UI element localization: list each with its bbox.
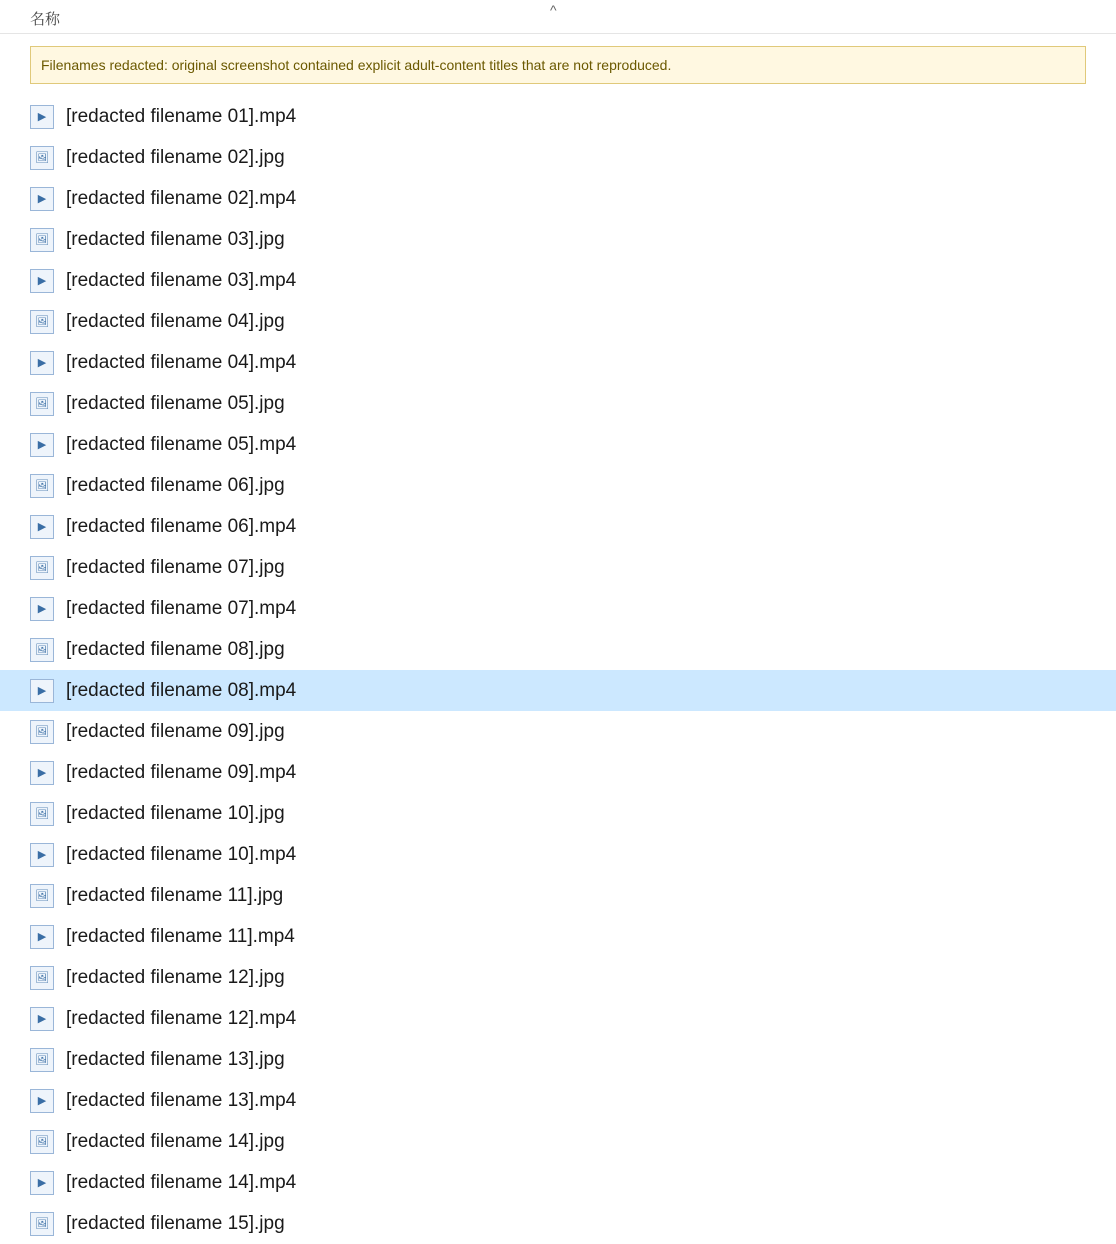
file-name-label: [redacted filename 04].mp4	[66, 352, 296, 374]
file-row[interactable]: ▶[redacted filename 06].mp4	[0, 506, 1116, 547]
video-file-icon: ▶	[30, 1089, 54, 1113]
file-name-label: [redacted filename 08].mp4	[66, 680, 296, 702]
file-row[interactable]: ▶[redacted filename 02].mp4	[0, 178, 1116, 219]
file-row[interactable]: 🖼[redacted filename 10].jpg	[0, 793, 1116, 834]
image-file-icon: 🖼	[30, 1130, 54, 1154]
file-row[interactable]: 🖼[redacted filename 15].jpg	[0, 1203, 1116, 1244]
image-file-icon: 🖼	[30, 802, 54, 826]
image-file-icon: 🖼	[30, 228, 54, 252]
image-file-icon: 🖼	[30, 638, 54, 662]
file-name-label: [redacted filename 13].mp4	[66, 1090, 296, 1112]
file-name-label: [redacted filename 13].jpg	[66, 1049, 285, 1071]
image-file-icon: 🖼	[30, 392, 54, 416]
video-file-icon: ▶	[30, 351, 54, 375]
video-file-icon: ▶	[30, 515, 54, 539]
file-name-label: [redacted filename 03].jpg	[66, 229, 285, 251]
file-row[interactable]: 🖼[redacted filename 06].jpg	[0, 465, 1116, 506]
file-row[interactable]: 🖼[redacted filename 03].jpg	[0, 219, 1116, 260]
file-name-label: [redacted filename 06].jpg	[66, 475, 285, 497]
file-row[interactable]: 🖼[redacted filename 09].jpg	[0, 711, 1116, 752]
image-file-icon: 🖼	[30, 310, 54, 334]
image-file-icon: 🖼	[30, 1048, 54, 1072]
file-row[interactable]: ▶[redacted filename 05].mp4	[0, 424, 1116, 465]
video-file-icon: ▶	[30, 761, 54, 785]
file-name-label: [redacted filename 15].jpg	[66, 1213, 285, 1235]
file-row[interactable]: 🖼[redacted filename 14].jpg	[0, 1121, 1116, 1162]
file-name-label: [redacted filename 10].jpg	[66, 803, 285, 825]
file-row[interactable]: ▶[redacted filename 04].mp4	[0, 342, 1116, 383]
video-file-icon: ▶	[30, 843, 54, 867]
file-row[interactable]: ▶[redacted filename 11].mp4	[0, 916, 1116, 957]
video-file-icon: ▶	[30, 269, 54, 293]
file-name-label: [redacted filename 14].mp4	[66, 1172, 296, 1194]
file-name-label: [redacted filename 07].jpg	[66, 557, 285, 579]
file-row[interactable]: 🖼[redacted filename 12].jpg	[0, 957, 1116, 998]
file-row[interactable]: ▶[redacted filename 10].mp4	[0, 834, 1116, 875]
file-row[interactable]: ▶[redacted filename 01].mp4	[0, 96, 1116, 137]
file-row[interactable]: ▶[redacted filename 08].mp4	[0, 670, 1116, 711]
video-file-icon: ▶	[30, 597, 54, 621]
file-name-label: [redacted filename 06].mp4	[66, 516, 296, 538]
file-row[interactable]: ▶[redacted filename 07].mp4	[0, 588, 1116, 629]
file-row[interactable]: 🖼[redacted filename 07].jpg	[0, 547, 1116, 588]
file-row[interactable]: ▶[redacted filename 14].mp4	[0, 1162, 1116, 1203]
video-file-icon: ▶	[30, 1007, 54, 1031]
image-file-icon: 🖼	[30, 966, 54, 990]
image-file-icon: 🖼	[30, 556, 54, 580]
file-row[interactable]: 🖼[redacted filename 04].jpg	[0, 301, 1116, 342]
file-row[interactable]: 🖼[redacted filename 13].jpg	[0, 1039, 1116, 1080]
column-header-name[interactable]: 名称	[0, 0, 1116, 34]
video-file-icon: ▶	[30, 105, 54, 129]
file-row[interactable]: ▶[redacted filename 09].mp4	[0, 752, 1116, 793]
file-name-label: [redacted filename 07].mp4	[66, 598, 296, 620]
image-file-icon: 🖼	[30, 884, 54, 908]
video-file-icon: ▶	[30, 187, 54, 211]
file-name-label: [redacted filename 11].mp4	[66, 926, 295, 948]
file-name-label: [redacted filename 12].mp4	[66, 1008, 296, 1030]
file-name-label: [redacted filename 09].jpg	[66, 721, 285, 743]
file-row[interactable]: 🖼[redacted filename 02].jpg	[0, 137, 1116, 178]
redaction-notice: Filenames redacted: original screenshot …	[30, 46, 1086, 84]
image-file-icon: 🖼	[30, 474, 54, 498]
file-name-label: [redacted filename 03].mp4	[66, 270, 296, 292]
file-name-label: [redacted filename 10].mp4	[66, 844, 296, 866]
video-file-icon: ▶	[30, 433, 54, 457]
file-name-label: [redacted filename 08].jpg	[66, 639, 285, 661]
video-file-icon: ▶	[30, 925, 54, 949]
file-name-label: [redacted filename 05].mp4	[66, 434, 296, 456]
image-file-icon: 🖼	[30, 146, 54, 170]
file-row[interactable]: ▶[redacted filename 12].mp4	[0, 998, 1116, 1039]
file-row[interactable]: ▶[redacted filename 13].mp4	[0, 1080, 1116, 1121]
file-name-label: [redacted filename 02].jpg	[66, 147, 285, 169]
video-file-icon: ▶	[30, 1171, 54, 1195]
file-name-label: [redacted filename 04].jpg	[66, 311, 285, 333]
image-file-icon: 🖼	[30, 720, 54, 744]
file-row[interactable]: 🖼[redacted filename 05].jpg	[0, 383, 1116, 424]
file-name-label: [redacted filename 02].mp4	[66, 188, 296, 210]
image-file-icon: 🖼	[30, 1212, 54, 1236]
file-name-label: [redacted filename 01].mp4	[66, 106, 296, 128]
file-list: ▶[redacted filename 01].mp4🖼[redacted fi…	[0, 96, 1116, 1244]
file-name-label: [redacted filename 09].mp4	[66, 762, 296, 784]
collapse-chevron-icon[interactable]: ^	[550, 2, 557, 18]
file-name-label: [redacted filename 11].jpg	[66, 885, 283, 907]
video-file-icon: ▶	[30, 679, 54, 703]
file-row[interactable]: ▶[redacted filename 03].mp4	[0, 260, 1116, 301]
file-name-label: [redacted filename 14].jpg	[66, 1131, 285, 1153]
file-row[interactable]: 🖼[redacted filename 08].jpg	[0, 629, 1116, 670]
file-name-label: [redacted filename 05].jpg	[66, 393, 285, 415]
file-row[interactable]: 🖼[redacted filename 11].jpg	[0, 875, 1116, 916]
file-name-label: [redacted filename 12].jpg	[66, 967, 285, 989]
file-explorer-window: ^ 名称 Filenames redacted: original screen…	[0, 0, 1116, 1244]
